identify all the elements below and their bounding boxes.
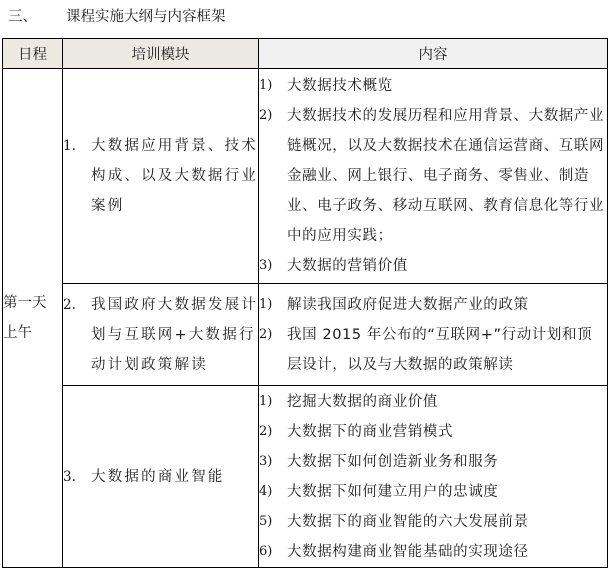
content-item: 1) 挖掘大数据的商业价值 <box>259 387 607 417</box>
content-item: 1) 解读我国政府促进大数据产业的政策 <box>259 290 607 320</box>
content-item: 5) 大数据下的商业智能的六大发展前景 <box>259 507 607 537</box>
module-number: 3. <box>63 462 91 492</box>
item-number: 5) <box>259 507 287 537</box>
day-label-line2: 上午 <box>3 318 62 348</box>
content-item: 2) 大数据技术的发展历程和应用背景、大数据产业链概况，以及大数据技术在通信运营… <box>259 101 607 251</box>
content-item: 4) 大数据下如何建立用户的忠诚度 <box>259 477 607 507</box>
module-number: 2. <box>63 290 91 380</box>
item-text: 大数据构建商业智能基础的实现途径 <box>287 537 607 567</box>
header-day: 日程 <box>3 39 63 69</box>
content-cell: 1) 大数据技术概览 2) 大数据技术的发展历程和应用背景、大数据产业链概况，以… <box>259 69 608 284</box>
item-number: 2) <box>259 101 287 251</box>
item-text: 大数据下的商业营销模式 <box>287 417 607 447</box>
section-heading: 三、 课程实施大纲与内容框架 <box>8 6 226 28</box>
item-number: 3) <box>259 447 287 477</box>
content-item: 1) 大数据技术概览 <box>259 71 607 101</box>
course-outline-table: 日程 培训模块 内容 第一天 上午 1. 大数据应用背景、技术构成、以及大数据行… <box>2 38 608 568</box>
module-cell: 1. 大数据应用背景、技术构成、以及大数据行业案例 <box>63 69 259 284</box>
header-content: 内容 <box>259 39 608 69</box>
item-text: 大数据下的商业智能的六大发展前景 <box>287 507 607 537</box>
content-item: 6) 大数据构建商业智能基础的实现途径 <box>259 537 607 567</box>
item-number: 1) <box>259 71 287 101</box>
module-cell: 3. 大数据的商业智能 <box>63 386 259 568</box>
content-cell: 1) 解读我国政府促进大数据产业的政策 2) 我国 2015 年公布的“互联网+… <box>259 284 608 386</box>
item-number: 1) <box>259 387 287 417</box>
table-row: 2. 我国政府大数据发展计划与互联网+大数据行动计划政策解读 1) 解读我国政府… <box>3 284 608 386</box>
module-title: 大数据应用背景、技术构成、以及大数据行业案例 <box>91 131 258 221</box>
content-item: 3) 大数据下如何创造新业务和服务 <box>259 447 607 477</box>
item-text: 大数据技术的发展历程和应用背景、大数据产业链概况，以及大数据技术在通信运营商、互… <box>287 101 607 251</box>
section-title: 课程实施大纲与内容框架 <box>66 6 226 28</box>
item-text: 我国 2015 年公布的“互联网+”行动计划和顶层设计，以及与大数据的政策解读 <box>287 320 607 380</box>
module-title: 大数据的商业智能 <box>91 462 258 492</box>
item-text: 挖掘大数据的商业价值 <box>287 387 607 417</box>
content-item: 3) 大数据的营销价值 <box>259 251 607 281</box>
day-label-line1: 第一天 <box>3 288 62 318</box>
item-number: 6) <box>259 537 287 567</box>
item-text: 大数据技术概览 <box>287 71 607 101</box>
module-number: 1. <box>63 131 91 221</box>
table-row: 第一天 上午 1. 大数据应用背景、技术构成、以及大数据行业案例 1) 大数据技… <box>3 69 608 284</box>
content-cell: 1) 挖掘大数据的商业价值 2) 大数据下的商业营销模式 3) 大数据下如何创造… <box>259 386 608 568</box>
day-cell: 第一天 上午 <box>3 69 63 568</box>
item-text: 大数据下如何创造新业务和服务 <box>287 447 607 477</box>
item-number: 1) <box>259 290 287 320</box>
header-module: 培训模块 <box>63 39 259 69</box>
item-text: 解读我国政府促进大数据产业的政策 <box>287 290 607 320</box>
module-cell: 2. 我国政府大数据发展计划与互联网+大数据行动计划政策解读 <box>63 284 259 386</box>
table-row: 3. 大数据的商业智能 1) 挖掘大数据的商业价值 2) 大数据下的商业营销模式… <box>3 386 608 568</box>
module-title: 我国政府大数据发展计划与互联网+大数据行动计划政策解读 <box>91 290 258 380</box>
content-item: 2) 大数据下的商业营销模式 <box>259 417 607 447</box>
item-text: 大数据下如何建立用户的忠诚度 <box>287 477 607 507</box>
section-number: 三、 <box>8 6 66 28</box>
header-row: 日程 培训模块 内容 <box>3 39 608 69</box>
item-number: 4) <box>259 477 287 507</box>
item-number: 3) <box>259 251 287 281</box>
item-number: 2) <box>259 320 287 380</box>
item-text: 大数据的营销价值 <box>287 251 607 281</box>
content-item: 2) 我国 2015 年公布的“互联网+”行动计划和顶层设计，以及与大数据的政策… <box>259 320 607 380</box>
item-number: 2) <box>259 417 287 447</box>
